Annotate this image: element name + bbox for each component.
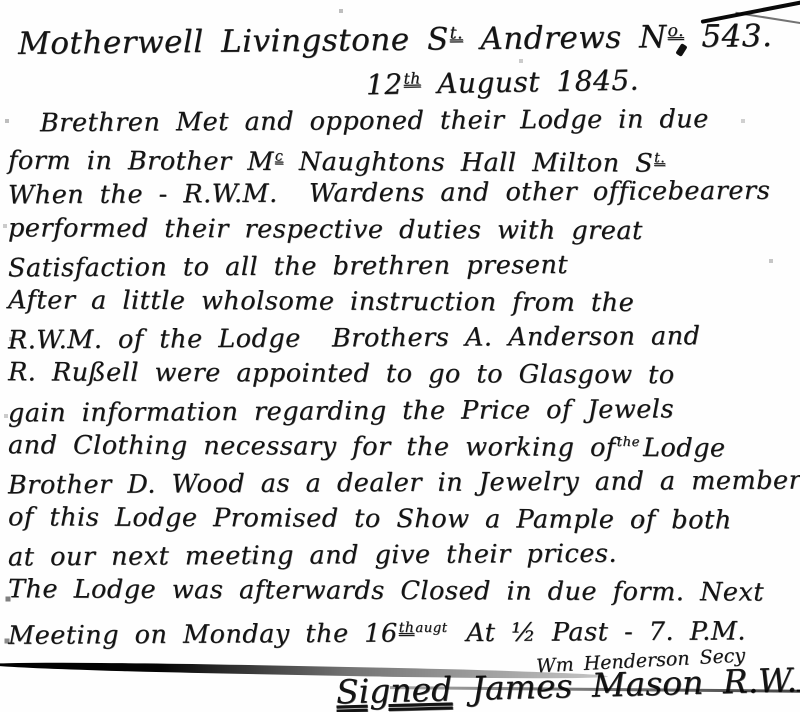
text-segment: 12 bbox=[366, 68, 403, 102]
text-segment-sup: t. bbox=[654, 150, 665, 166]
text-segment: Motherwell Livingstone S bbox=[18, 21, 449, 62]
manuscript-line: Brethren Met and opponed their Lodge in … bbox=[8, 101, 800, 142]
manuscript-line: and Clothing necessary for the working o… bbox=[8, 427, 800, 467]
text-segment-sup: th bbox=[399, 620, 415, 636]
date-line: 12th August 1845. bbox=[366, 64, 640, 102]
text-segment: Lodge bbox=[643, 433, 726, 463]
manuscript-line: of this Lodge Promised to Show a Pample … bbox=[8, 499, 800, 539]
text-segment: R. Rußell were appointed to go to Glasgo… bbox=[8, 358, 675, 391]
scan-noise-speckles bbox=[0, 0, 2, 2]
text-segment: at our next meeting and give their price… bbox=[8, 539, 617, 573]
text-segment-sup: t. bbox=[450, 23, 463, 43]
minute-book-page: Motherwell Livingstone St. Andrews No. 5… bbox=[0, 0, 800, 712]
text-segment: The Lodge was afterwards Closed in due f… bbox=[8, 575, 764, 608]
manuscript-line: gain information regarding the Price of … bbox=[8, 390, 800, 431]
text-segment: Andrews N bbox=[463, 19, 667, 57]
text-segment: After a little wholsome instruction from… bbox=[8, 285, 634, 318]
text-segment: Brother D. Wood as a dealer in Jewelry a… bbox=[8, 465, 800, 500]
manuscript-line: performed their respective duties with g… bbox=[8, 210, 800, 250]
text-segment: Meeting on Monday the 16 bbox=[8, 618, 398, 650]
manuscript-line: R. Rußell were appointed to go to Glasgo… bbox=[8, 355, 800, 395]
manuscript-line: Brother D. Wood as a dealer in Jewelry a… bbox=[8, 462, 800, 503]
manuscript-line: at our next meeting and give their price… bbox=[8, 535, 800, 576]
text-segment-insert: the bbox=[617, 425, 640, 461]
text-segment: When the - R.W.M. Wardens and other offi… bbox=[8, 176, 770, 211]
manuscript-line: form in Brother Mc Naughtons Hall Milton… bbox=[8, 137, 800, 177]
text-segment-sup: o. bbox=[667, 21, 684, 41]
manuscript-line: After a little wholsome instruction from… bbox=[8, 282, 800, 322]
manuscript-line: The Lodge was afterwards Closed in due f… bbox=[8, 572, 800, 612]
text-segment: and Clothing necessary for the working o… bbox=[8, 430, 616, 463]
text-segment-insert: augt bbox=[415, 610, 447, 646]
text-segment: R.W.M. of the Lodge Brothers A. Anderson… bbox=[8, 321, 701, 355]
text-segment: of this Lodge Promised to Show a Pample … bbox=[8, 502, 732, 535]
lodge-title: Motherwell Livingstone St. Andrews No. 5… bbox=[18, 18, 773, 62]
minutes-body: Brethren Met and opponed their Lodge in … bbox=[8, 103, 800, 646]
master-signature-name: James Mason bbox=[452, 662, 724, 708]
text-segment: performed their respective duties with g… bbox=[8, 213, 643, 246]
scan-edge-artifact bbox=[0, 660, 608, 681]
manuscript-line: R.W.M. of the Lodge Brothers A. Anderson… bbox=[8, 318, 800, 359]
manuscript-line: Meeting on Monday the 16thaugt At ½ Past… bbox=[8, 607, 800, 648]
text-segment-sup: th bbox=[403, 69, 420, 87]
text-segment: Satisfaction to all the brethren present bbox=[8, 250, 568, 283]
text-segment: At ½ Past - 7. P.M. bbox=[451, 616, 747, 648]
text-segment: August 1845. bbox=[420, 64, 639, 101]
master-signature-title: R.W.M bbox=[722, 660, 800, 702]
text-segment: gain information regarding the Price of … bbox=[8, 394, 674, 428]
text-segment: Brethren Met and opponed their Lodge in … bbox=[40, 104, 709, 138]
manuscript-line: Satisfaction to all the brethren present bbox=[8, 245, 800, 286]
text-segment: 543. bbox=[684, 18, 773, 55]
text-segment: form in Brother M bbox=[8, 146, 274, 177]
manuscript-line: When the - R.W.M. Wardens and other offi… bbox=[8, 173, 800, 214]
